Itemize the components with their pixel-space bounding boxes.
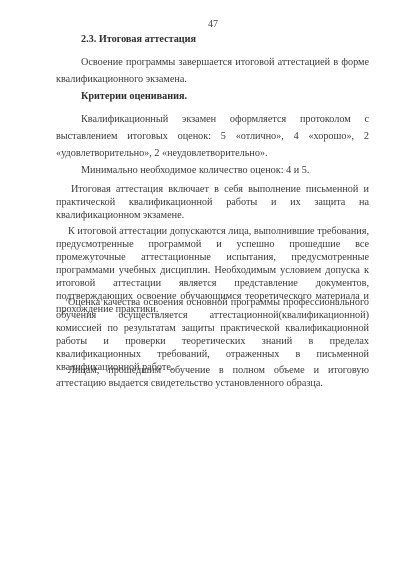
paragraph-certificate: Лицам, прошедшим обучение в полном объем… [56,364,369,390]
paragraph-attestation-content: Итоговая аттестация включает в себя выпо… [56,183,369,222]
page-number: 47 [208,19,218,30]
paragraph-minimum-grades: Минимально необходимое количество оценок… [81,164,309,177]
paragraph-exam-form: Освоение программы завершается итоговой … [56,54,369,88]
document-page: 47 2.3. Итоговая аттестация Освоение про… [0,0,400,565]
paragraph-quality-assessment: Оценка качества освоения основной програ… [56,296,369,374]
paragraph-grades: Квалификационный экзамен оформляется про… [56,111,369,162]
section-heading: 2.3. Итоговая аттестация [81,33,196,46]
criteria-heading: Критерии оценивания. [81,90,187,103]
